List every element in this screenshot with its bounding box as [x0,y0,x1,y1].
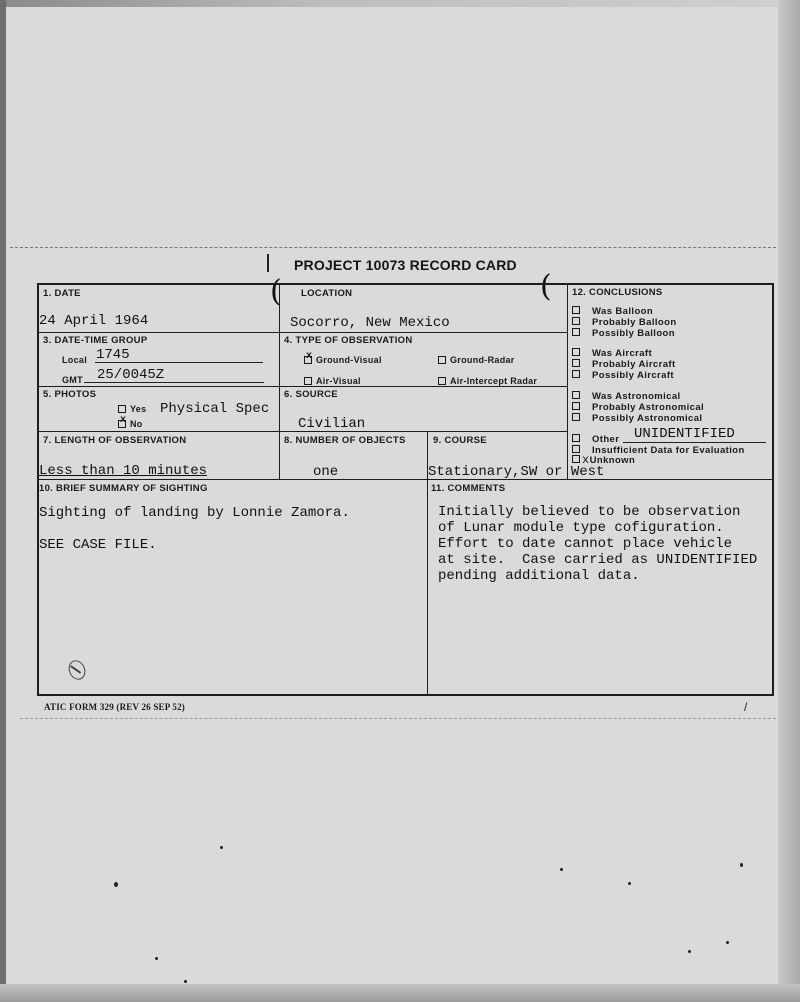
scan-speck [726,941,729,944]
conclusion-probably-aircraft[interactable]: Probably Aircraft [572,359,676,370]
scan-speck [220,846,223,849]
option-air-intercept-radar[interactable]: Air-Intercept Radar [438,376,537,386]
conclusion-probably-balloon[interactable]: Probably Balloon [572,317,677,328]
scan-edge-bottom [0,984,800,1002]
option-air-visual[interactable]: Air-Visual [304,376,361,386]
card-top-edge [10,247,776,248]
conclusion-other-value: UNIDENTIFIED [634,426,735,442]
length-of-observation-value: Less than 10 minutes [39,463,207,479]
scan-speck [688,950,691,953]
local-time-value: 1745 [96,347,130,363]
checkbox-probably-balloon[interactable] [572,317,580,325]
conclusion-possibly-astronomical[interactable]: Possibly Astronomical [572,413,702,424]
checkbox-was-balloon[interactable] [572,306,580,314]
scan-edge-top [0,0,800,7]
other-underline [623,442,766,443]
option-photos-yes[interactable]: Yes [118,404,146,414]
option-ground-radar[interactable]: Ground-Radar [438,355,515,365]
length-of-observation-label: 7. LENGTH OF OBSERVATION [43,435,186,446]
conclusion-other[interactable]: Other [572,434,619,445]
location-value: Socorro, New Mexico [290,315,450,331]
scan-speck [114,882,118,887]
scan-speck [628,882,631,885]
form-number: ATIC FORM 329 (REV 26 SEP 52) [44,702,185,712]
divider-col1 [279,284,280,479]
checkbox-possibly-balloon[interactable] [572,328,580,336]
conclusion-was-astronomical[interactable]: Was Astronomical [572,391,681,402]
conclusion-unknown[interactable]: xUnknown [572,455,635,466]
gmt-underline [84,382,264,383]
option-photos-no[interactable]: No [118,419,143,429]
number-of-objects-label: 8. NUMBER OF OBJECTS [284,435,406,446]
card-title: PROJECT 10073 RECORD CARD [294,257,517,273]
comments-label: 11. COMMENTS [431,483,505,494]
checkbox-possibly-aircraft[interactable] [572,370,580,378]
conclusion-possibly-aircraft[interactable]: Possibly Aircraft [572,370,674,381]
brief-summary-line-1: Sighting of landing by Lonnie Zamora. [39,505,350,521]
type-of-observation-label: 4. TYPE OF OBSERVATION [284,335,413,346]
checkbox-probably-astronomical[interactable] [572,402,580,410]
checkbox-was-aircraft[interactable] [572,348,580,356]
checkbox-insufficient-data[interactable] [572,445,580,453]
scan-edge-left [0,0,6,1002]
checkbox-photos-no[interactable] [118,420,126,428]
gmt-value: 25/0045Z [97,367,164,383]
brief-summary-label: 10. BRIEF SUMMARY OF SIGHTING [39,483,208,494]
scan-speck [155,957,158,960]
location-label: LOCATION [301,288,352,299]
conclusion-probably-astronomical[interactable]: Probably Astronomical [572,402,704,413]
checkbox-photos-yes[interactable] [118,405,126,413]
scan-speck [560,868,563,871]
divider-col-conclusions [567,284,568,479]
checkbox-air-visual[interactable] [304,377,312,385]
source-label: 6. SOURCE [284,389,338,400]
photos-label: 5. PHOTOS [43,389,96,400]
brief-summary-line-2: SEE CASE FILE. [39,537,157,553]
source-value: Civilian [298,416,365,432]
checkbox-ground-radar[interactable] [438,356,446,364]
checkbox-was-astronomical[interactable] [572,391,580,399]
date-value: 24 April 1964 [39,313,148,329]
conclusions-label: 12. CONCLUSIONS [572,287,663,298]
photos-note: Physical Spec [160,401,269,417]
conclusion-possibly-balloon[interactable]: Possibly Balloon [572,328,675,339]
scan-speck [184,980,187,983]
pen-mark [267,254,269,272]
comments-text: Initially believed to be observation of … [438,504,757,584]
course-value: Stationary,SW or West [428,464,604,480]
pen-tick-mark: / [744,700,747,714]
local-time-label: Local [62,355,87,365]
date-label: 1. DATE [43,288,81,299]
option-ground-visual[interactable]: Ground-Visual [304,355,382,365]
scan-speck [740,863,743,867]
checkbox-other[interactable] [572,434,580,442]
checkbox-air-intercept-radar[interactable] [438,377,446,385]
card-bottom-edge [20,718,776,719]
conclusion-was-balloon[interactable]: Was Balloon [572,306,653,317]
date-time-group-label: 3. DATE-TIME GROUP [43,335,147,346]
number-of-objects-value: one [313,464,338,480]
row-divider-2 [38,386,567,387]
gmt-label: GMT [62,375,83,385]
row-divider-4 [38,479,773,480]
checkbox-ground-visual[interactable] [304,356,312,364]
row-divider-1 [38,332,567,333]
scan-edge-right [778,0,800,1002]
conclusion-was-aircraft[interactable]: Was Aircraft [572,348,652,359]
course-label: 9. COURSE [433,435,487,446]
checkbox-unknown[interactable] [572,455,580,463]
local-time-underline [95,362,263,363]
checkbox-probably-aircraft[interactable] [572,359,580,367]
checkbox-possibly-astronomical[interactable] [572,413,580,421]
